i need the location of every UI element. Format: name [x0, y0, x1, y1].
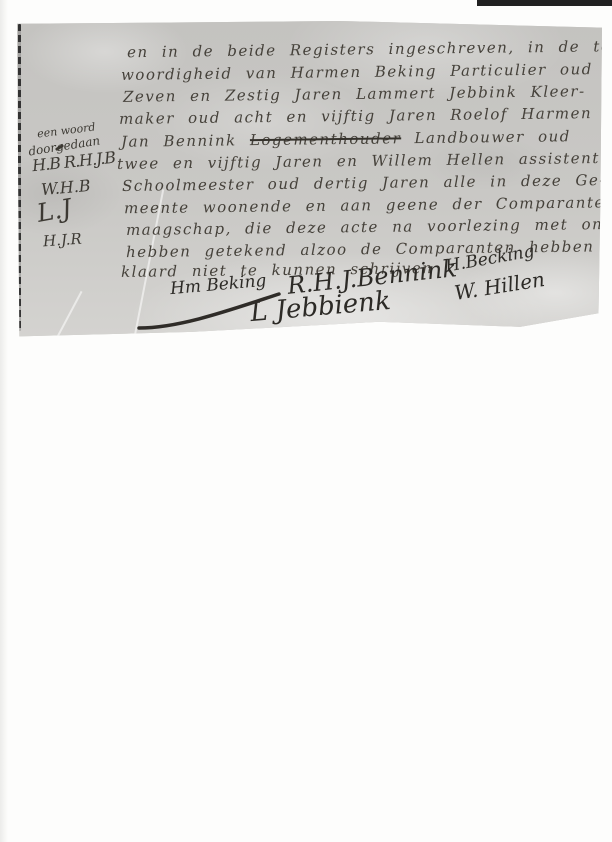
act-line-5: Jan Bennink Logementhouder Landbouwer ou… [121, 127, 571, 150]
page-left-edge-shade [0, 0, 8, 842]
act-line-7: Schoolmeester oud dertig Jaren alle in d… [122, 171, 606, 195]
act-line-9: maagschap, die deze acte na voorlezing m… [126, 215, 612, 239]
act-line-2: woordigheid van Harmen Beking Particulie… [121, 60, 593, 84]
margin-initials-3: L.J [35, 193, 74, 228]
scanned-act-region: en in de beide Registers ingeschreven, i… [17, 20, 602, 337]
act-line-8: meente woonende en aan geene der Compara… [124, 193, 612, 218]
act-line-5-pre: Jan Bennink [121, 131, 250, 151]
photocopy-page: { "colors": { "page_background": "#fdfdf… [0, 0, 612, 842]
act-line-6: twee en vijftig Jaren en Willem Hellen a… [117, 149, 600, 173]
crease-line-2 [54, 291, 83, 343]
struck-word: Logementhouder [250, 129, 401, 149]
act-line-1: en in de beide Registers ingeschreven, i… [127, 37, 612, 61]
act-line-3: Zeven en Zestig Jaren Lammert Jebbink Kl… [123, 82, 586, 106]
act-line-5-post: Landbouwer oud [401, 127, 571, 147]
binding-edge-shadow [18, 24, 21, 331]
scanner-artifact-bar [477, 0, 612, 6]
margin-initials-4: H.J.R [42, 230, 82, 251]
act-line-10: hebben getekend alzoo de Comparanten heb… [126, 237, 612, 261]
act-line-4: maker oud acht en vijftig Jaren Roelof H… [119, 104, 592, 128]
signature-flourish [135, 286, 285, 334]
